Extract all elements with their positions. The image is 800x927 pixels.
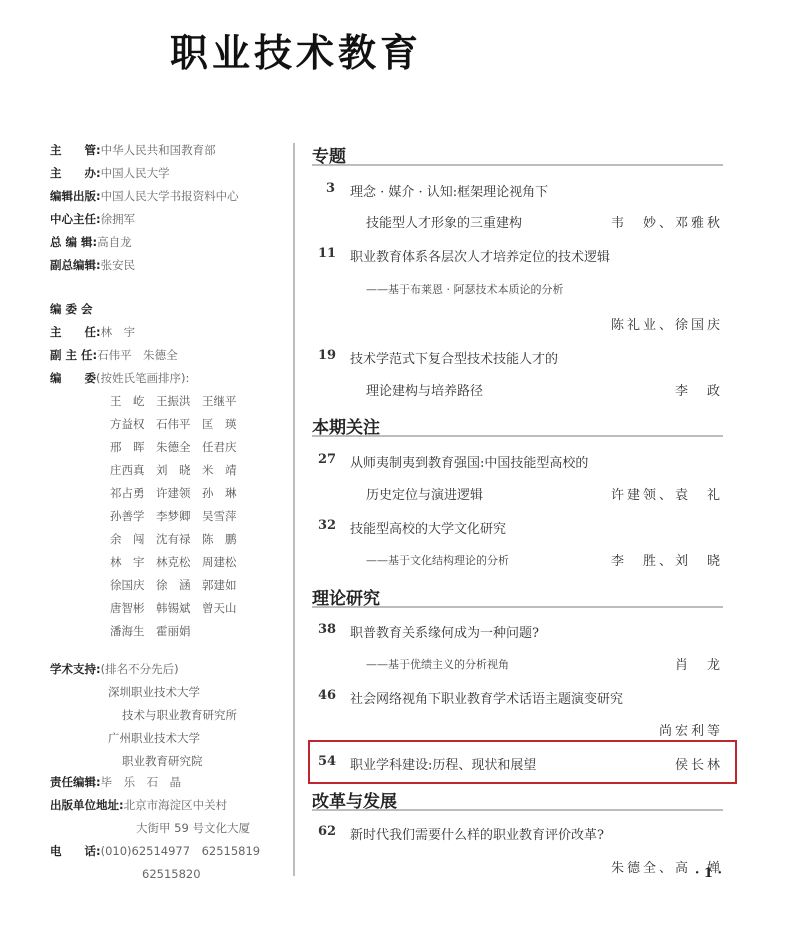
toc-title[interactable]: 新时代我们需要什么样的职业教育评价改革?	[350, 824, 604, 843]
member-row: 余 闯 沈有禄 陈 鹏	[110, 532, 237, 546]
academic-support: 学术支持:(排名不分先后)	[50, 662, 179, 676]
phone-line2: 62515820	[142, 867, 201, 881]
member-row: 唐智彬 韩锡斌 曾天山	[110, 601, 237, 615]
toc-page-number: 32	[318, 518, 336, 533]
section-rule	[312, 164, 723, 166]
toc-authors: 尚宏利等	[659, 720, 723, 739]
toc-authors: 许建领、袁 礼	[611, 484, 723, 503]
toc-page-number: 38	[318, 622, 336, 637]
toc-title-cont[interactable]: 历史定位与演进逻辑	[366, 484, 483, 503]
committee-members-label: 编 委(按姓氏笔画排序):	[50, 371, 189, 385]
member-row: 邢 晖 朱德全 任君庆	[110, 440, 237, 454]
support-line: 深圳职业技术大学	[108, 685, 200, 699]
toc-title[interactable]: 职业教育体系各层次人才培养定位的技术逻辑	[350, 246, 610, 265]
masthead-row: 总 编 辑:高自龙	[50, 235, 132, 249]
support-line: 职业教育研究院	[122, 754, 203, 768]
support-line: 广州职业技术大学	[108, 731, 200, 745]
toc-subtitle: ——基于文化结构理论的分析	[366, 552, 509, 568]
phone: 电 话:(010)62514977 62515819	[50, 844, 260, 858]
support-line: 技术与职业教育研究所	[122, 708, 237, 722]
toc-title[interactable]: 职普教育关系缘何成为一种问题?	[350, 622, 539, 641]
committee-heading: 编 委 会	[50, 302, 93, 316]
committee-director: 主 任:林 宇	[50, 325, 135, 339]
masthead-row: 主 管:中华人民共和国教育部	[50, 143, 216, 157]
member-row: 潘海生 霍丽娟	[110, 624, 191, 638]
toc-page-number: 3	[326, 181, 335, 196]
toc-page-number: 62	[318, 824, 336, 839]
toc-authors: 陈礼业、徐国庆	[611, 314, 723, 333]
toc-authors: 肖 龙	[675, 654, 723, 673]
member-row: 祁占勇 许建领 孙 琳	[110, 486, 237, 500]
toc-subtitle: ——基于优绩主义的分析视角	[366, 656, 509, 672]
masthead-row: 中心主任:徐拥军	[50, 212, 135, 226]
member-row: 林 宇 林克松 周建松	[110, 555, 237, 569]
toc-title-cont[interactable]: 技能型人才形象的三重建构	[366, 212, 522, 231]
masthead-row: 副总编辑:张安民	[50, 258, 135, 272]
member-row: 徐国庆 徐 涵 郭建如	[110, 578, 237, 592]
toc-page-number: 27	[318, 452, 336, 467]
toc-title[interactable]: 理念 · 媒介 · 认知:框架理论视角下	[350, 181, 548, 200]
toc-authors: 李 政	[675, 380, 723, 399]
masthead-row: 主 办:中国人民大学	[50, 166, 170, 180]
toc-title-highlighted[interactable]: 职业学科建设:历程、现状和展望	[350, 754, 536, 773]
toc-authors: 李 胜、刘 晓	[611, 550, 723, 569]
toc-page-number: 46	[318, 688, 336, 703]
toc-title[interactable]: 技能型高校的大学文化研究	[350, 518, 506, 537]
publisher-address-line2: 大街甲 59 号文化大厦	[136, 821, 250, 835]
masthead-row: 编辑出版:中国人民大学书报资料中心	[50, 189, 239, 203]
toc-title[interactable]: 从师夷制夷到教育强国:中国技能型高校的	[350, 452, 588, 471]
toc-page-number: 54	[318, 754, 336, 769]
toc-title-cont[interactable]: 理论建构与培养路径	[366, 380, 483, 399]
member-row: 孙善学 李梦卿 吴雪萍	[110, 509, 237, 523]
toc-subtitle: ——基于布莱恩 · 阿瑟技术本质论的分析	[366, 281, 564, 297]
section-rule	[312, 606, 723, 608]
publisher-address: 出版单位地址:北京市海淀区中关村	[50, 798, 227, 812]
member-row: 王 屹 王振洪 王继平	[110, 394, 237, 408]
toc-page-number: 11	[318, 246, 336, 261]
responsible-editor: 责任编辑:毕 乐 石 晶	[50, 775, 181, 789]
toc-authors: 韦 妙、邓雅秋	[611, 212, 723, 231]
toc-page-number: 19	[318, 348, 336, 363]
toc-title[interactable]: 社会网络视角下职业教育学术话语主题演变研究	[350, 688, 623, 707]
member-row: 庄西真 刘 晓 米 靖	[110, 463, 237, 477]
member-row: 方益权 石伟平 匡 瑛	[110, 417, 237, 431]
journal-title: 职业技术教育	[170, 22, 422, 77]
section-rule	[312, 809, 723, 811]
page-number: · 1 ·	[695, 866, 722, 881]
section-rule	[312, 435, 723, 437]
toc-title[interactable]: 技术学范式下复合型技术技能人才的	[350, 348, 558, 367]
toc-authors: 侯长林	[675, 754, 723, 773]
committee-vice-director: 副 主 任:石伟平 朱德全	[50, 348, 178, 362]
column-divider	[293, 143, 295, 876]
